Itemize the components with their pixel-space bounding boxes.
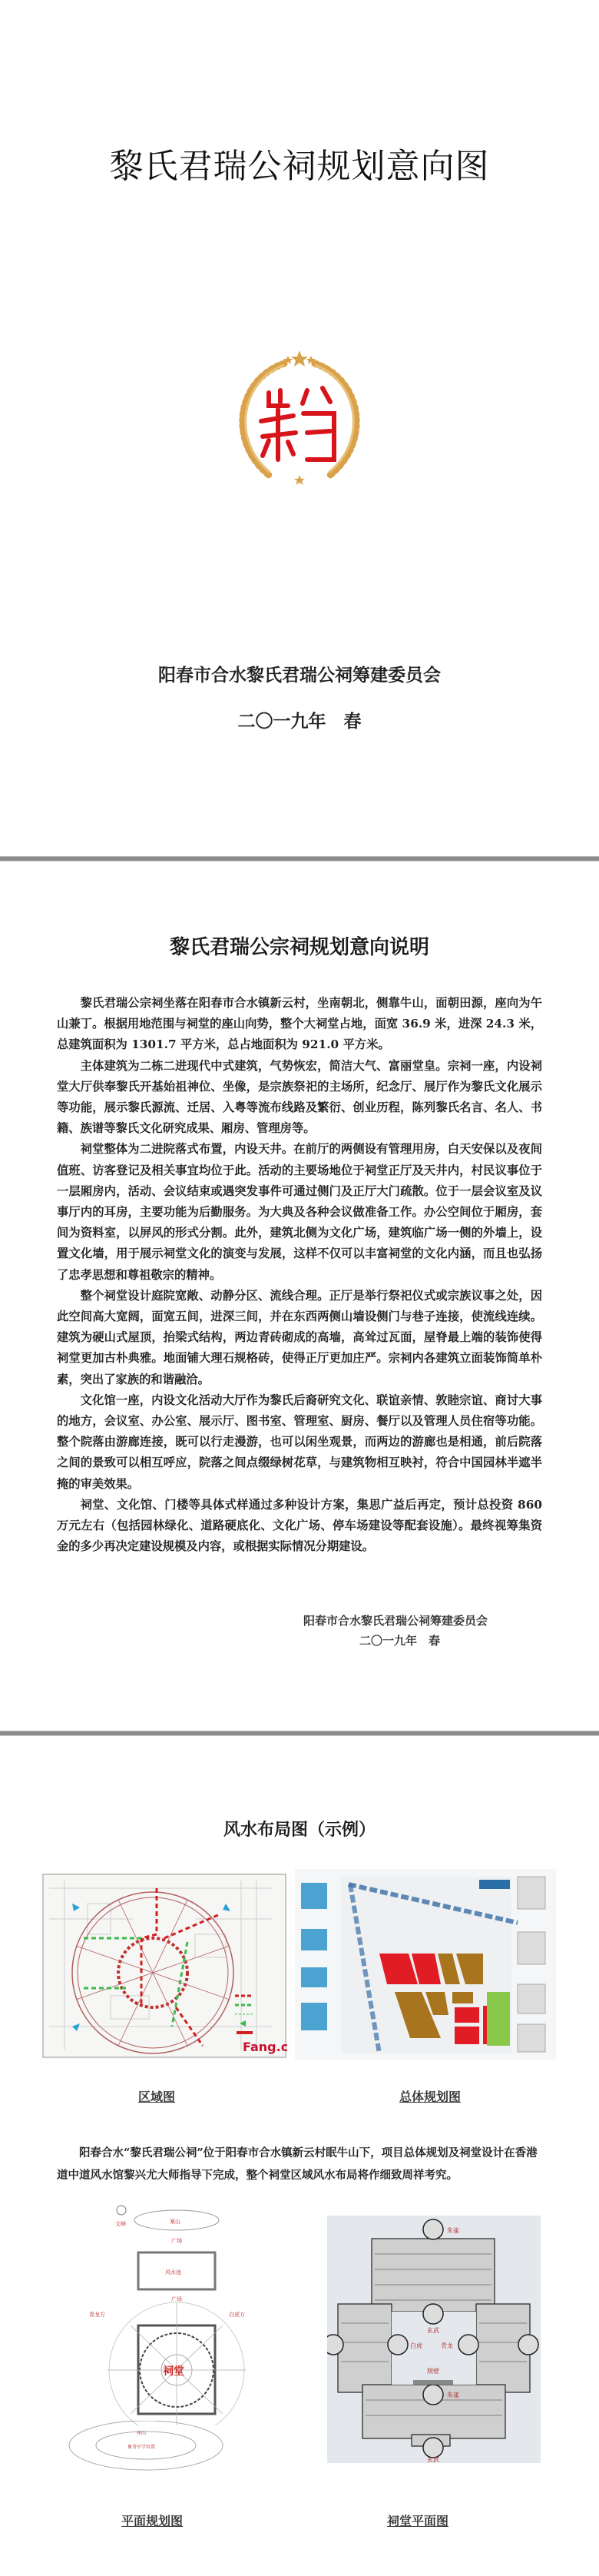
paragraph-site: 黎氏君瑞公宗祠坐落在阳春市合水镇新云村，坐南朝北，侧靠牛山，面朝田源，座向为午山… (57, 993, 542, 1056)
cover-title: 黎氏君瑞公祠规划意向图 (0, 138, 599, 188)
page-divider (0, 856, 599, 861)
svg-text:案山: 案山 (170, 2218, 180, 2225)
description-title: 黎氏君瑞公宗祠规划意向说明 (0, 931, 599, 960)
fengshui-title: 风水布局图（示例） (0, 1817, 599, 1841)
cover-date: 二〇一九年 春 (0, 707, 599, 732)
region-map-image: Fang.com (41, 1873, 287, 2059)
svg-text:象背中学位置: 象背中学位置 (127, 2444, 155, 2450)
svg-text:朱雀: 朱雀 (447, 2391, 459, 2398)
hall-plan-caption: 祠堂平面图 (387, 2511, 448, 2529)
site-plan-caption: 平面规划图 (121, 2511, 183, 2529)
fengshui-paragraph: 阳春合水“黎氏君瑞公祠”位于阳春市合水镇新云村眠牛山下，项目总体规划及祠堂设计在… (57, 2142, 542, 2186)
svg-text:白虎: 白虎 (410, 2342, 422, 2349)
svg-text:青龙方: 青龙方 (89, 2311, 105, 2318)
svg-text:祠堂: 祠堂 (163, 2365, 184, 2378)
hall-plan-image: 朱雀玄武 白虎青龙 照壁朱雀玄武 (327, 2216, 541, 2463)
svg-text:Fang.com: Fang.com (243, 2040, 287, 2054)
cover-organization: 阳春市合水黎氏君瑞公祠筹建委员会 (0, 661, 599, 686)
paragraph-main-building: 主体建筑为二栋二进现代中式建筑，气势恢宏，简洁大气、富丽堂皇。宗祠一座，内设祠堂… (57, 1056, 542, 1140)
description-body: 黎氏君瑞公宗祠坐落在阳春市合水镇新云村，坐南朝北，侧靠牛山，面朝田源，座向为午山… (57, 993, 542, 1557)
region-map-caption: 区域图 (138, 2087, 175, 2105)
signature-date: 二〇一九年 春 (359, 1632, 440, 1648)
wreath-seal-icon (223, 348, 376, 490)
page-divider (0, 1731, 599, 1736)
paragraph-courtyard-layout: 祠堂整体为二进院落式布置，内设天井。在前厅的两侧设有管理用房，白天安保以及夜间值… (57, 1139, 542, 1285)
svg-text:广场: 广场 (171, 2237, 182, 2244)
svg-text:玄武: 玄武 (427, 2326, 439, 2334)
svg-text:朱雀: 朱雀 (447, 2226, 459, 2234)
paragraph-hall-design: 整个祠堂设计庭院宽敞、动静分区、流线合理。正厅是举行祭祀仪式或宗族议事之处，因此… (57, 1286, 542, 1390)
clan-seal-emblem (223, 348, 376, 490)
svg-text:广场: 广场 (171, 2295, 182, 2302)
svg-text:座山: 座山 (137, 2430, 146, 2436)
master-plan-image (295, 1869, 556, 2060)
site-plan-image: 文峰 案山 广场 风水池 广场 青龙方 白虎方 祠堂 (61, 2203, 292, 2425)
svg-text:青龙: 青龙 (441, 2342, 453, 2349)
paragraph-budget: 祠堂、文化馆、门楼等具体式样通过多种设计方案，集思广益后再定，预计总投资 860… (57, 1495, 542, 1558)
paragraph-culture-hall: 文化馆一座，内设文化活动大厅作为黎氏后裔研究文化、联谊亲情、敦睦宗谊、商讨大事的… (57, 1390, 542, 1495)
site-plan-bottom-rings: 座山 象背中学位置 (61, 2421, 238, 2475)
signature-organization: 阳春市合水黎氏君瑞公祠筹建委员会 (303, 1612, 488, 1628)
master-plan-caption: 总体规划图 (399, 2087, 461, 2105)
fengshui-description: 阳春合水“黎氏君瑞公祠”位于阳春市合水镇新云村眠牛山下，项目总体规划及祠堂设计在… (57, 2142, 542, 2186)
svg-text:照壁: 照壁 (427, 2367, 439, 2375)
svg-text:白虎方: 白虎方 (229, 2311, 245, 2318)
peak-label: 文峰 (115, 2220, 126, 2227)
svg-text:风水池: 风水池 (165, 2269, 181, 2276)
svg-text:玄武: 玄武 (427, 2455, 439, 2463)
